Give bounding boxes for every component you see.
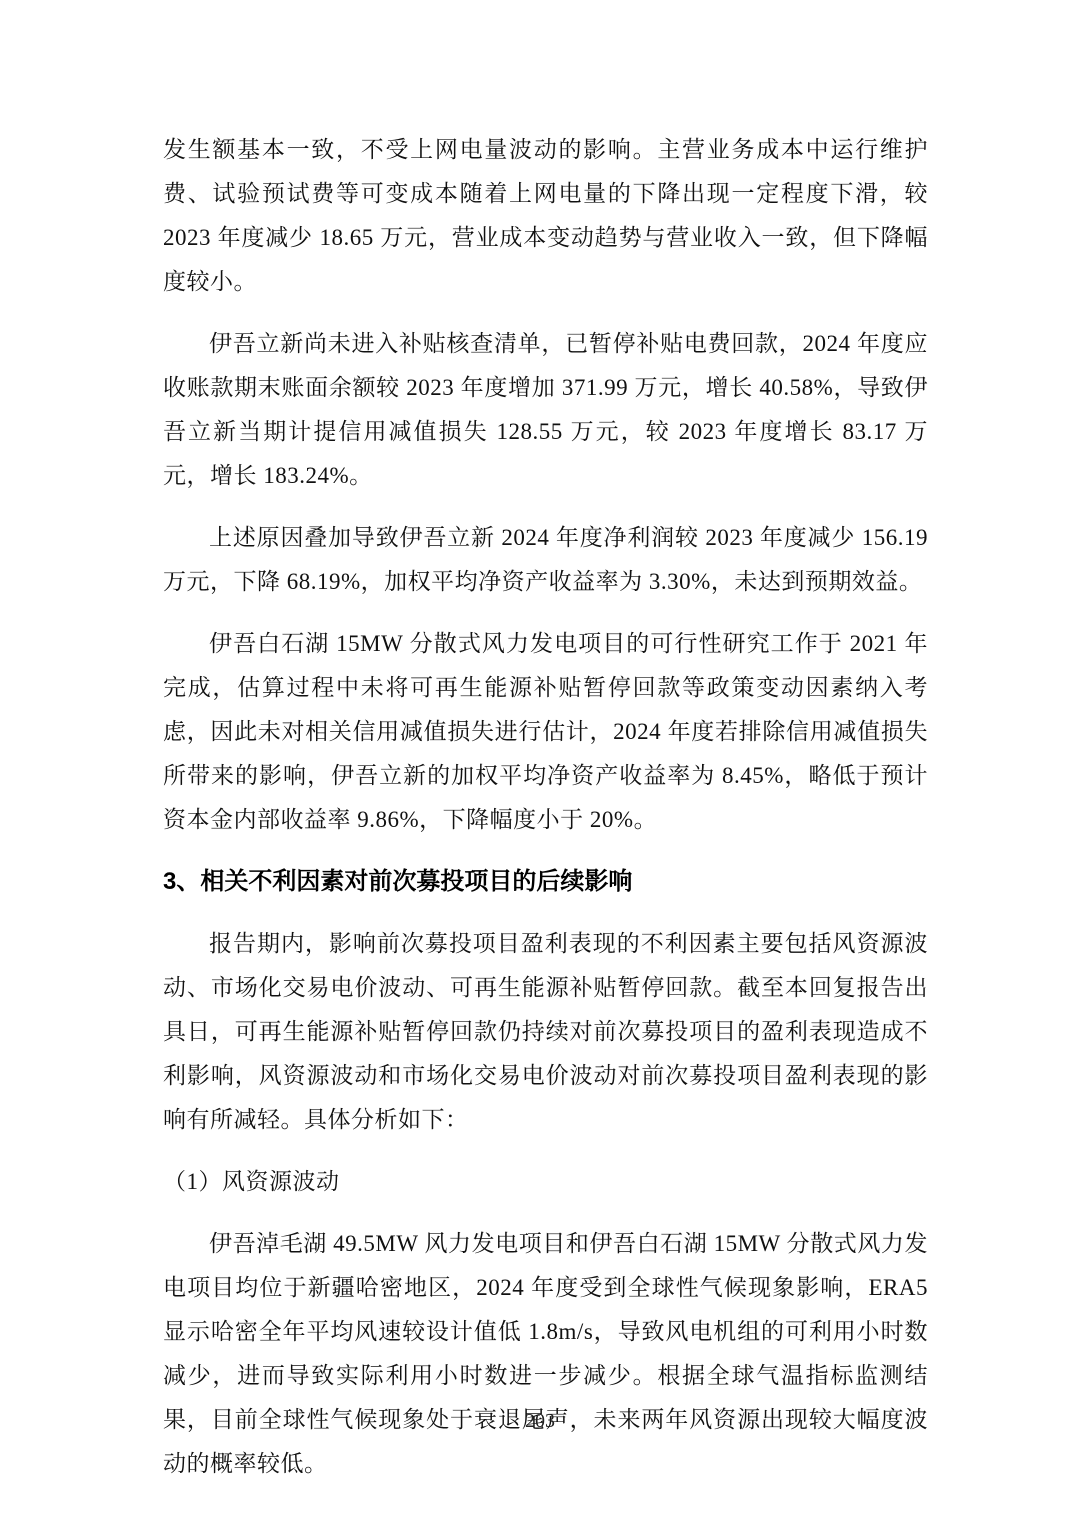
document-page: 发生额基本一致，不受上网电量波动的影响。主营业务成本中运行维护费、试验预试费等可… <box>0 0 1080 1527</box>
document-body: 发生额基本一致，不受上网电量波动的影响。主营业务成本中运行维护费、试验预试费等可… <box>163 128 928 1504</box>
body-paragraph: 报告期内，影响前次募投项目盈利表现的不利因素主要包括风资源波动、市场化交易电价波… <box>163 922 928 1142</box>
page-footer: 203 <box>0 1406 1080 1436</box>
page-number: 203 <box>525 1410 555 1432</box>
section-heading: 3、相关不利因素对前次募投项目的后续影响 <box>163 860 928 904</box>
body-paragraph: 伊吾立新尚未进入补贴核查清单，已暂停补贴电费回款，2024 年度应收账款期末账面… <box>163 322 928 498</box>
body-paragraph: 发生额基本一致，不受上网电量波动的影响。主营业务成本中运行维护费、试验预试费等可… <box>163 128 928 304</box>
body-paragraph: 伊吾白石湖 15MW 分散式风力发电项目的可行性研究工作于 2021 年完成，估… <box>163 622 928 842</box>
subsection-heading: （1）风资源波动 <box>163 1160 928 1204</box>
body-paragraph: 伊吾淖毛湖 49.5MW 风力发电项目和伊吾白石湖 15MW 分散式风力发电项目… <box>163 1222 928 1486</box>
body-paragraph: 上述原因叠加导致伊吾立新 2024 年度净利润较 2023 年度减少 156.1… <box>163 516 928 604</box>
